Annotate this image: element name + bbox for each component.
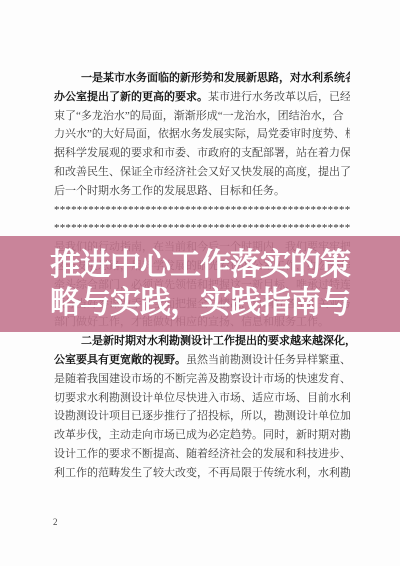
separator-line-1: ****************************************… [54, 201, 350, 220]
text-segment: 是随着我国建设市场的不断完善及勘察设计市场的快速发育、迫 [54, 373, 350, 385]
text-line: 设勘测设计项目已逐步推行了招投标，所以，勘测设计单位加快 [54, 407, 350, 426]
text-line: 是随着我国建设市场的不断完善及勘察设计市场的快速发育、迫 [54, 370, 350, 389]
bold-text-segment: 办公室提出了新的更高的要求。 [54, 91, 208, 103]
text-segment: 切要求水利勘测设计单位尽快进入市场、适应市场、目前水利建 [54, 392, 350, 404]
text-line: 束了“多龙治水”的局面，渐渐形成“一龙治水，团结治水，合 [54, 107, 350, 126]
overlay-title-line-2: 略与实践，实践指南与 [50, 284, 350, 322]
text-line: 利工作的范畴发生了较大改变，不再局限于传统水利，水利勘测 [54, 464, 350, 483]
bold-text-segment: 公室要具有更宽敞的视野。 [54, 354, 186, 366]
text-line: 办公室提出了新的更高的要求。某市进行水务改革以后，已经结 [54, 88, 350, 107]
paragraph-1: 一是某市水务面临的新形势和发展新思路，对水利系统各级办公室提出了新的更高的要求。… [54, 69, 350, 201]
text-line: 据科学发展观的要求和市委、市政府的支配部署，站在着力保障 [54, 144, 350, 163]
text-segment: 设计工作的要求不断提高、随着经济社会的发展和科技进步、水 [54, 448, 350, 460]
bold-text-segment: 一是某市水务面临的新形势和发展新思路，对水利系统各级 [81, 72, 350, 84]
text-line: 和改善民生、保证全市经济社会又好又快发展的高度，提出了今 [54, 163, 350, 182]
text-line: 切要求水利勘测设计单位尽快进入市场、适应市场、目前水利建 [54, 389, 350, 408]
text-segment: 后一个时期水务工作的发展思路、目标和任务。 [54, 185, 285, 197]
text-segment: 利工作的范畴发生了较大改变，不再局限于传统水利，水利勘测 [54, 467, 350, 479]
text-line: 一是某市水务面临的新形势和发展新思路，对水利系统各级 [54, 69, 350, 88]
overlay-title-line-1: 推进中心工作落实的策 [50, 246, 350, 284]
text-line: 设计工作的要求不断提高、随着经济社会的发展和科技进步、水 [54, 445, 350, 464]
overlay-title-band: 推进中心工作落实的策 略与实践，实践指南与 [0, 236, 400, 332]
bold-text-segment: 二是新时期对水利勘测设计工作提出的要求越来越深化，办 [81, 335, 350, 347]
text-line: 改革步伐，主动走向市场已成为必定趋势。同时，新时期对勘测 [54, 426, 350, 445]
paragraph-2: 二是新时期对水利勘测设计工作提出的要求越来越深化，办公室要具有更宽敞的视野。虽然… [54, 332, 350, 482]
text-segment: 某市进行水务改革以后，已经结 [208, 91, 350, 103]
text-segment: 束了“多龙治水”的局面，渐渐形成“一龙治水，团结治水，合 [54, 110, 344, 122]
text-line: 力兴水”的大好局面，依据水务发展实际，局党委审时度势、根 [54, 125, 350, 144]
page-number: 2 [53, 517, 58, 527]
text-line: 后一个时期水务工作的发展思路、目标和任务。 [54, 182, 350, 201]
text-segment: 和改善民生、保证全市经济社会又好又快发展的高度，提出了今 [54, 166, 350, 178]
text-line: 二是新时期对水利勘测设计工作提出的要求越来越深化，办 [54, 332, 350, 351]
text-segment: 据科学发展观的要求和市委、市政府的支配部署，站在着力保障 [54, 147, 350, 159]
text-segment: 改革步伐，主动走向市场已成为必定趋势。同时，新时期对勘测 [54, 429, 350, 441]
text-segment: 虽然当前勘测设计任务异样繁重、但 [186, 354, 350, 366]
text-segment: 力兴水”的大好局面，依据水务发展实际，局党委审时度势、根 [54, 128, 350, 140]
document-page: 一是某市水务面临的新形势和发展新思路，对水利系统各级办公室提出了新的更高的要求。… [0, 0, 400, 566]
text-line: 公室要具有更宽敞的视野。虽然当前勘测设计任务异样繁重、但 [54, 351, 350, 370]
text-segment: 设勘测设计项目已逐步推行了招投标，所以，勘测设计单位加快 [54, 410, 350, 422]
